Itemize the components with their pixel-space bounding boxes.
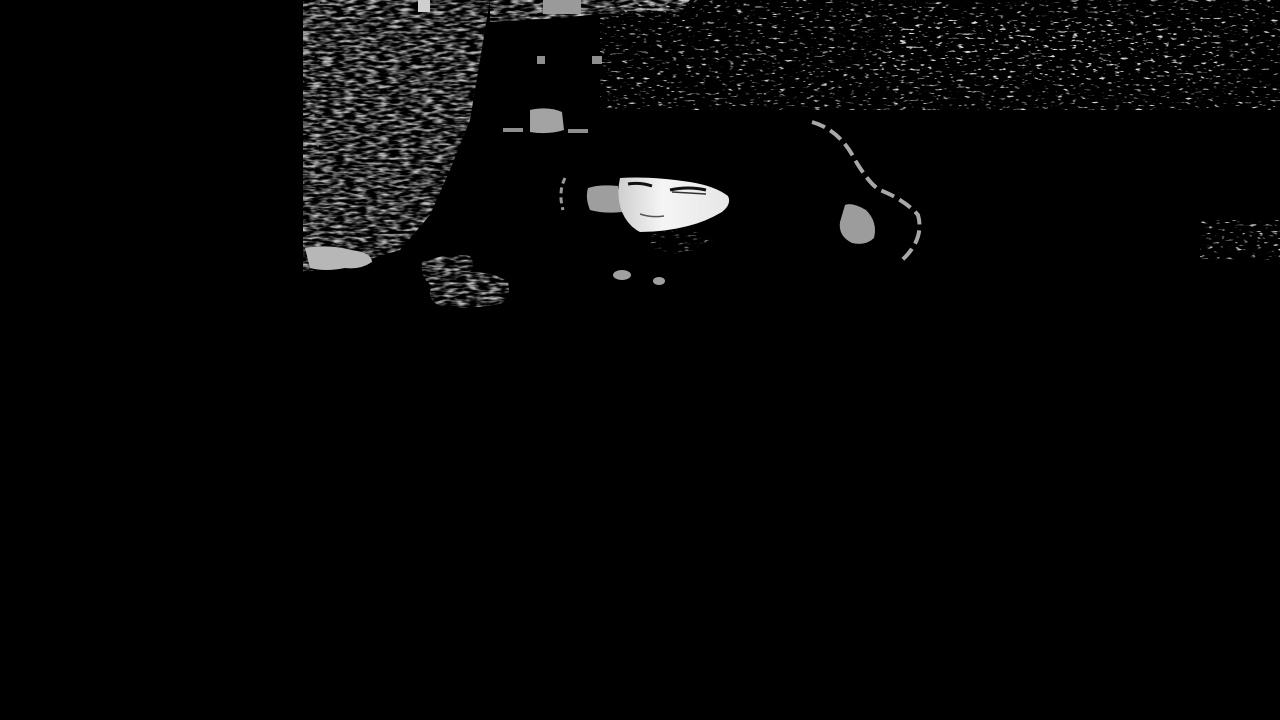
gray-dot <box>653 277 665 285</box>
gray-dot <box>613 270 631 280</box>
gray-dot <box>537 56 545 64</box>
light-patch-top <box>418 0 430 12</box>
photo-frame <box>0 0 1280 720</box>
gray-dash <box>503 128 523 132</box>
gray-dash <box>568 129 588 133</box>
gray-block-top <box>543 0 581 14</box>
posterized-photo <box>0 0 1280 720</box>
gray-patch-window <box>530 108 564 133</box>
